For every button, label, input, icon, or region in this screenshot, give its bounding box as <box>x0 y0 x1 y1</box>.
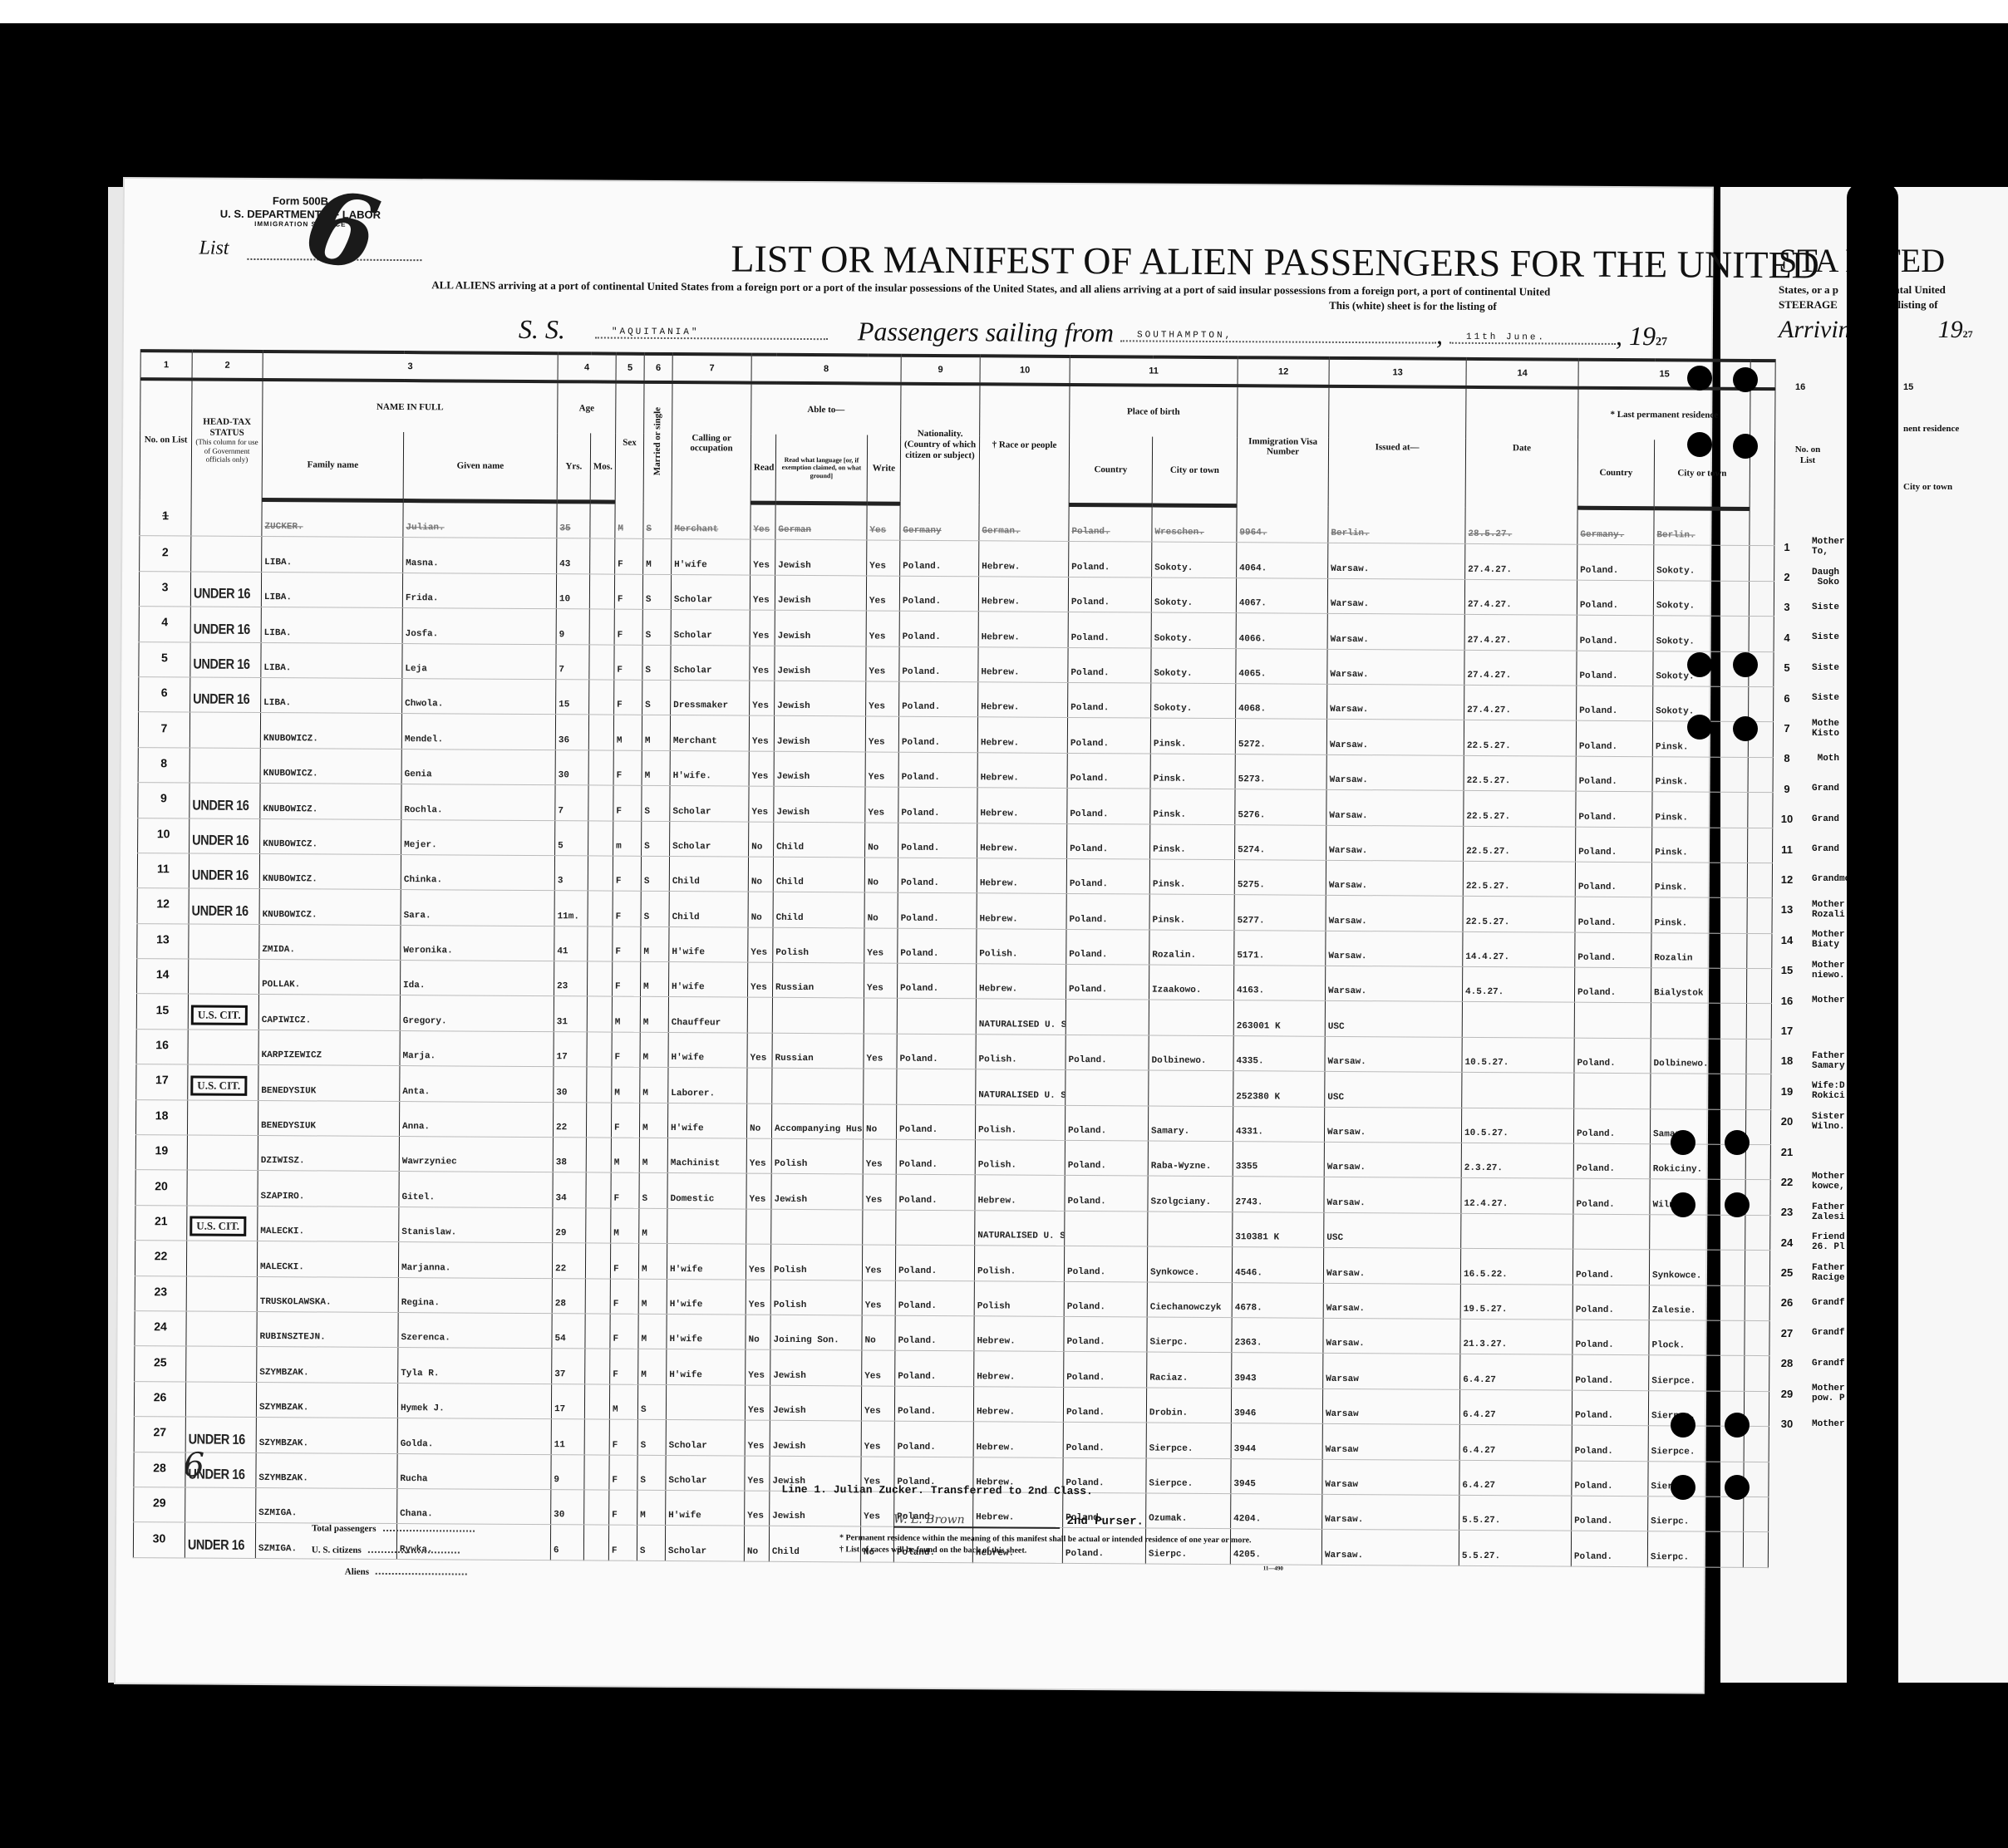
residence-city: Sierpc. <box>1648 1497 1744 1532</box>
birth-country: Poland. <box>1066 929 1149 965</box>
visa-issued-at: Warsaw. <box>1327 578 1464 614</box>
marital-status: M <box>638 1244 667 1280</box>
sex: M <box>612 997 640 1033</box>
birth-country: Poland. <box>1066 894 1149 930</box>
occupation: Scholar <box>670 821 749 857</box>
list-label: List <box>199 238 229 260</box>
age-years: 41 <box>554 926 588 961</box>
sex: F <box>609 1419 637 1455</box>
nationality: Poland. <box>895 1315 974 1351</box>
read-language: Jewish <box>775 646 866 681</box>
mark <box>1747 898 1772 934</box>
race: Hebrew. <box>974 1351 1064 1387</box>
birth-country <box>1065 1211 1148 1246</box>
right-row-number: 11 <box>1770 843 1804 856</box>
right-row-number: 28 <box>1770 1357 1804 1369</box>
nationality: Poland. <box>894 1421 973 1457</box>
birth-country: Poland. <box>1065 1140 1148 1176</box>
age-months <box>584 1419 609 1455</box>
given-name: Marja. <box>400 1030 554 1067</box>
birth-country: Poland. <box>1069 504 1152 542</box>
visa-date: 5.5.27. <box>1459 1495 1572 1531</box>
head-tax-status: UNDER 16 <box>189 888 249 924</box>
sex: F <box>610 1243 638 1279</box>
row-number: 11 <box>137 853 189 889</box>
family-name: LIBA. <box>261 642 402 678</box>
family-name: KNUBOWICZ. <box>260 818 401 854</box>
right-row-number: 12 <box>1770 873 1804 886</box>
nationality: Poland. <box>896 1175 975 1211</box>
mark <box>1746 1039 1771 1074</box>
col-num: 1 <box>140 351 192 379</box>
occupation: Machinist <box>667 1138 746 1174</box>
visa-date: 19.5.27. <box>1460 1284 1572 1320</box>
header-write: Write <box>867 435 901 504</box>
mark <box>1745 1109 1770 1145</box>
age-years: 29 <box>553 1207 586 1243</box>
header-head-tax: HEAD-TAX STATUS (This column for use of … <box>191 379 263 499</box>
birth-city <box>1149 1000 1233 1036</box>
header-res-country: Country <box>1577 440 1655 509</box>
given-name: Mejer. <box>401 819 555 856</box>
age-months <box>588 926 613 962</box>
read-language: Jewish <box>770 1385 861 1421</box>
visa-issued-at: Warsaw. <box>1321 1530 1459 1565</box>
visa-number: 9964. <box>1237 506 1328 543</box>
right-row-number: 9 <box>1770 783 1804 795</box>
birth-city: Sokoty. <box>1151 648 1236 684</box>
given-name: Stanislaw. <box>399 1207 553 1243</box>
given-name: Ida. <box>401 961 554 997</box>
punch-hole <box>1733 367 1758 392</box>
occupation: Domestic <box>667 1173 746 1209</box>
given-name: Wawrzyniec <box>399 1137 553 1173</box>
age-years: 9 <box>556 609 589 645</box>
race: Hebrew. <box>978 646 1068 682</box>
birth-country: Poland. <box>1063 1423 1146 1458</box>
can-read: No <box>749 822 774 858</box>
punch-hole <box>1671 1413 1695 1438</box>
can-write: Yes <box>865 752 898 788</box>
visa-issued-at: Warsaw. <box>1326 720 1464 755</box>
residence-country: Poland. <box>1576 756 1652 792</box>
residence-city: Sierpce. <box>1649 1355 1745 1391</box>
birth-country <box>1066 1000 1149 1035</box>
marital-status: M <box>640 961 668 997</box>
visa-number: 3945 <box>1231 1458 1322 1494</box>
col-num: 4 <box>558 353 616 381</box>
right-row-number: 24 <box>1770 1236 1804 1249</box>
can-read: No <box>748 892 773 927</box>
race: Polish. <box>975 1140 1065 1176</box>
race: Hebrew. <box>978 612 1068 647</box>
age-years: 30 <box>551 1490 584 1526</box>
can-write <box>863 1210 896 1246</box>
can-read: Yes <box>748 927 773 963</box>
can-read: No <box>746 1103 771 1139</box>
visa-issued-at: Warsaw. <box>1327 649 1464 685</box>
row-number: 7 <box>138 712 189 748</box>
can-write: Yes <box>864 1034 897 1069</box>
read-language: Jewish <box>774 751 865 787</box>
birth-city: Pinsk. <box>1150 789 1235 824</box>
can-read: Yes <box>750 646 775 681</box>
right-row-number: 3 <box>1770 601 1804 613</box>
occupation: Scholar <box>665 1526 744 1561</box>
birth-city: Pinsk. <box>1150 754 1235 789</box>
right-row-number: 17 <box>1770 1025 1804 1037</box>
occupation: H'wife <box>667 1279 746 1315</box>
can-read: No <box>744 1526 769 1561</box>
given-name: Rucha <box>397 1453 551 1490</box>
residence-country: Poland. <box>1577 580 1653 616</box>
family-name: MALECKI. <box>257 1241 398 1277</box>
birth-country: Poland. <box>1069 542 1152 577</box>
occupation <box>666 1384 745 1420</box>
residence-country: Poland. <box>1575 897 1651 932</box>
sex: F <box>611 1173 639 1209</box>
can-read <box>746 1209 771 1245</box>
right-row-number: 19 <box>1770 1085 1804 1098</box>
family-name: TRUSKOLAWSKA. <box>257 1276 398 1312</box>
visa-date: 22.5.27. <box>1464 755 1576 791</box>
right-row-number: 22 <box>1770 1176 1804 1188</box>
visa-date: 27.4.27. <box>1464 685 1577 720</box>
head-tax-status <box>189 959 249 995</box>
punch-hole <box>1733 716 1758 741</box>
nationality: Germany <box>900 504 979 541</box>
race: German. <box>979 504 1069 542</box>
right-row-number: 16 <box>1770 995 1804 1007</box>
aliens-field <box>376 1573 467 1575</box>
birth-country <box>1066 1070 1149 1106</box>
visa-date: 22.5.27. <box>1464 720 1576 756</box>
residence-city <box>1651 1003 1746 1039</box>
sex: F <box>614 574 642 610</box>
birth-city: Sokoty. <box>1151 612 1236 648</box>
age-years: 31 <box>554 996 587 1032</box>
can-write: Yes <box>863 1174 896 1210</box>
manifest-sheet: Form 500B U. S. DEPARTMENT OF LABOR IMMI… <box>116 179 1712 1693</box>
age-years: 38 <box>553 1138 586 1173</box>
residence-country: Poland. <box>1573 1143 1650 1179</box>
can-read: No <box>746 1315 770 1350</box>
race: NATURALISED U. S. C. <box>976 1069 1066 1105</box>
mark <box>1745 1215 1770 1251</box>
visa-issued-at: Warsaw. <box>1328 543 1465 579</box>
mark <box>1747 933 1772 969</box>
nationality: Poland. <box>898 787 977 823</box>
can-write: Yes <box>863 1139 896 1175</box>
visa-number: 5273. <box>1235 754 1326 789</box>
col-num: 10 <box>980 356 1070 385</box>
right-row-relative: Grandf <box>1812 1359 1845 1369</box>
row-number: 22 <box>135 1241 186 1276</box>
visa-date: 27.4.27. <box>1464 579 1577 615</box>
right-row-relative: Grandf <box>1812 1328 1845 1338</box>
can-read: Yes <box>746 1349 770 1385</box>
right-row-relative: Wife:D Rokici <box>1812 1081 1845 1101</box>
age-years: 54 <box>552 1314 585 1349</box>
head-tax-status <box>185 1382 246 1418</box>
family-name: SZYMBZAK. <box>256 1418 397 1453</box>
given-name: Gitel. <box>399 1172 553 1208</box>
visa-date: 10.5.27. <box>1461 1108 1573 1143</box>
visa-number: 5272. <box>1235 719 1326 754</box>
row-number: 29 <box>134 1487 185 1523</box>
col-num: 8 <box>751 355 901 384</box>
family-name: BENEDYSIUK <box>258 1100 399 1136</box>
birth-city: Raciaz. <box>1147 1352 1232 1388</box>
race: Hebrew. <box>979 541 1069 577</box>
nationality: Poland. <box>899 681 978 717</box>
marital-status: M <box>637 1490 666 1526</box>
us-citizen-stamp: U.S. CIT. <box>189 1216 246 1236</box>
race: Polish. <box>974 1246 1064 1281</box>
visa-issued-at: Warsaw. <box>1323 1283 1460 1319</box>
read-language: Jewish <box>770 1491 861 1526</box>
right-year-prefix: 19 <box>1938 316 1963 343</box>
mark <box>1744 1497 1769 1532</box>
residence-country: Poland. <box>1572 1461 1648 1497</box>
head-tax-status: U.S. CIT. <box>187 1206 258 1241</box>
visa-date: 16.5.22. <box>1460 1249 1572 1285</box>
can-write: No <box>864 858 898 893</box>
right-row-relative: Moth <box>1812 754 1839 764</box>
given-name: Leja <box>402 643 556 680</box>
occupation: H'wife <box>669 926 748 962</box>
marital-status: S <box>637 1526 665 1561</box>
can-read: Yes <box>745 1385 770 1421</box>
residence-city: Pinsk. <box>1651 863 1747 898</box>
nationality: Poland. <box>896 1104 975 1140</box>
age-months <box>590 502 615 539</box>
can-read: Yes <box>750 681 775 716</box>
visa-issued-at: Warsaw <box>1322 1388 1459 1424</box>
sex: F <box>614 609 642 645</box>
visa-date: 10.5.27. <box>1462 1037 1574 1073</box>
visa-number: 3355 <box>1233 1142 1324 1177</box>
read-language: Jewish <box>774 786 865 822</box>
punch-hole <box>1725 1413 1750 1438</box>
age-years: 7 <box>555 785 588 821</box>
occupation: Scholar <box>671 610 750 646</box>
sex: M <box>611 1138 639 1173</box>
head-tax-status <box>186 1241 247 1276</box>
visa-number: 3943 <box>1232 1353 1323 1388</box>
page-title: LIST OR MANIFEST OF ALIEN PASSENGERS FOR… <box>731 236 1819 287</box>
birth-city: Pinsk. <box>1150 718 1235 754</box>
read-language: Jewish <box>775 610 866 646</box>
right-city-header: City or town <box>1903 482 1952 492</box>
head-tax-status <box>189 924 249 960</box>
residence-country: Poland. <box>1573 1108 1650 1144</box>
visa-number: 3944 <box>1231 1423 1322 1459</box>
right-col-15: 15 <box>1903 382 1913 392</box>
nationality: Poland. <box>895 1280 974 1316</box>
margin-handwritten-mark: 6 <box>183 1446 204 1484</box>
can-write: Yes <box>866 611 899 646</box>
age-months <box>588 715 613 750</box>
punch-hole <box>1671 1475 1695 1500</box>
header-visa: Immigration Visa Number <box>1237 386 1329 506</box>
header-nationality: Nationality. (Country of which citizen o… <box>900 384 980 504</box>
given-name: Marjanna. <box>398 1242 552 1279</box>
given-name: Chwola. <box>402 679 556 715</box>
can-write: No <box>865 822 898 858</box>
head-tax-status: UNDER 16 <box>189 783 250 818</box>
read-language: Child <box>773 857 864 892</box>
birth-city: Ciechanowczyk <box>1147 1282 1232 1318</box>
header-mos: Mos. <box>590 433 616 502</box>
residence-city: Sokoty. <box>1653 616 1749 651</box>
age-months <box>589 574 614 610</box>
family-name: LIBA. <box>262 537 403 573</box>
row-number: 4 <box>139 607 190 642</box>
nationality: Poland. <box>898 717 977 753</box>
visa-issued-at: Warsaw. <box>1326 896 1463 931</box>
race: Hebrew. <box>978 682 1068 718</box>
marital-status: M <box>638 1314 667 1349</box>
race: Hebrew. <box>977 717 1067 753</box>
marital-status: M <box>639 1138 667 1173</box>
head-tax-status <box>186 1276 247 1312</box>
residence-city: Sokoty. <box>1653 581 1749 617</box>
read-language: Child <box>773 892 864 928</box>
visa-issued-at: Warsaw. <box>1325 966 1462 1001</box>
read-language <box>772 998 864 1034</box>
visa-date: 6.4.27 <box>1459 1460 1572 1496</box>
given-name: Anta. <box>400 1066 554 1103</box>
port-of-departure: SOUTHAMPTON, <box>1120 330 1436 343</box>
residence-country: Poland. <box>1577 615 1653 651</box>
row-number: 10 <box>138 818 189 853</box>
visa-date: 27.4.27. <box>1464 615 1577 651</box>
race: Polish. <box>975 1104 1065 1140</box>
visa-issued-at: Warsaw. <box>1326 931 1463 966</box>
can-write: Yes <box>862 1245 895 1280</box>
read-language: Polish <box>770 1244 862 1280</box>
age-months <box>588 820 613 856</box>
family-name: LIBA. <box>261 572 402 607</box>
right-row-number: 25 <box>1770 1266 1804 1279</box>
can-write: Yes <box>864 963 897 999</box>
visa-issued-at: Warsaw. <box>1324 1177 1461 1213</box>
given-name: Regina. <box>398 1277 552 1314</box>
sex: F <box>612 1032 640 1068</box>
age-months <box>586 1172 611 1208</box>
age-months <box>586 1208 611 1244</box>
family-name: MALECKI. <box>258 1206 399 1241</box>
age-months <box>585 1279 610 1315</box>
col-num: 14 <box>1466 359 1578 388</box>
residence-country: Poland. <box>1576 721 1652 757</box>
birth-city: Pinsk. <box>1149 859 1234 895</box>
residence-city: Pinsk. <box>1652 792 1748 828</box>
read-language: Russian <box>772 962 864 998</box>
right-row-number: 1 <box>1770 541 1804 553</box>
visa-date: 22.5.27. <box>1463 861 1575 897</box>
given-name: Hymek J. <box>397 1383 551 1419</box>
can-write: Yes <box>862 1350 895 1386</box>
head-tax-status: UNDER 16 <box>189 818 250 854</box>
col-num: 6 <box>644 354 672 382</box>
transfer-note: Line 1. Julian Zucker. Transferred to 2n… <box>781 1483 1093 1497</box>
row-number: 21 <box>135 1205 187 1241</box>
right-row-number: 5 <box>1770 661 1804 674</box>
race: NATURALISED U. S. C. <box>976 999 1066 1035</box>
read-language: Jewish <box>770 1420 861 1456</box>
visa-number: 5277. <box>1234 895 1326 931</box>
race: Polish <box>974 1280 1064 1316</box>
can-write: Yes <box>861 1492 894 1527</box>
purser-signature: W. L. Brown <box>893 1513 1060 1529</box>
total-passengers-field <box>383 1530 475 1532</box>
birth-city: Sierpc. <box>1147 1317 1232 1353</box>
mark <box>1746 969 1771 1005</box>
sex: F <box>615 539 643 575</box>
occupation: H'wife <box>668 1032 747 1068</box>
visa-number: 4205. <box>1230 1529 1321 1565</box>
family-name: BENEDYSIUK <box>258 1065 400 1101</box>
row-number: 9 <box>138 783 189 818</box>
family-name: LIBA. <box>261 677 402 713</box>
head-tax-status <box>186 1346 247 1382</box>
age-months <box>585 1349 610 1384</box>
race: Hebrew. <box>974 1316 1064 1352</box>
sex: F <box>614 645 642 681</box>
visa-issued-at: Warsaw. <box>1323 1248 1460 1284</box>
us-citizens-field <box>368 1551 460 1554</box>
passenger-rows: 1ZUCKER.Julian.35MSMerchantYesGermanYesG… <box>133 499 1774 1568</box>
read-language: Accompanying Husband. <box>771 1103 863 1139</box>
right-row-number: 13 <box>1770 903 1804 916</box>
nationality: Poland. <box>894 1386 973 1422</box>
row-number: 26 <box>134 1381 185 1417</box>
can-read: Yes <box>745 1420 770 1456</box>
race: Hebrew. <box>973 1387 1063 1423</box>
right-row-relative: Grand <box>1812 784 1839 794</box>
can-read: Yes <box>749 715 774 751</box>
marital-status: M <box>640 1032 668 1068</box>
visa-number: 4163. <box>1233 966 1325 1001</box>
given-name: Josfa. <box>402 608 556 645</box>
residence-country <box>1573 1214 1650 1250</box>
residence-country: Poland. <box>1577 651 1653 686</box>
visa-date: 2.3.27. <box>1461 1143 1573 1178</box>
sailing-info: S. S. "AQUITANIA" Passengers sailing fro… <box>519 314 1667 351</box>
residence-country: Poland. <box>1574 1038 1651 1074</box>
age-years: 36 <box>555 715 588 750</box>
marital-status: S <box>643 502 672 539</box>
sex: F <box>613 785 642 821</box>
family-name: KNUBOWICZ. <box>260 748 401 784</box>
age-months <box>586 1103 611 1138</box>
punch-hole <box>1671 1192 1695 1217</box>
visa-number: 5171. <box>1234 930 1326 966</box>
can-read: Yes <box>750 575 775 611</box>
can-read: Yes <box>745 1491 770 1526</box>
visa-number: 3946 <box>1231 1388 1322 1423</box>
us-citizens-label: U. S. citizens <box>312 1545 362 1555</box>
visa-number: 4204. <box>1231 1494 1322 1530</box>
age-years: 17 <box>551 1384 584 1419</box>
sex: F <box>611 1103 639 1138</box>
visa-issued-at: Warsaw. <box>1326 754 1464 790</box>
read-language: German <box>775 503 867 540</box>
head-tax-status <box>187 1100 248 1136</box>
read-language <box>771 1209 863 1245</box>
